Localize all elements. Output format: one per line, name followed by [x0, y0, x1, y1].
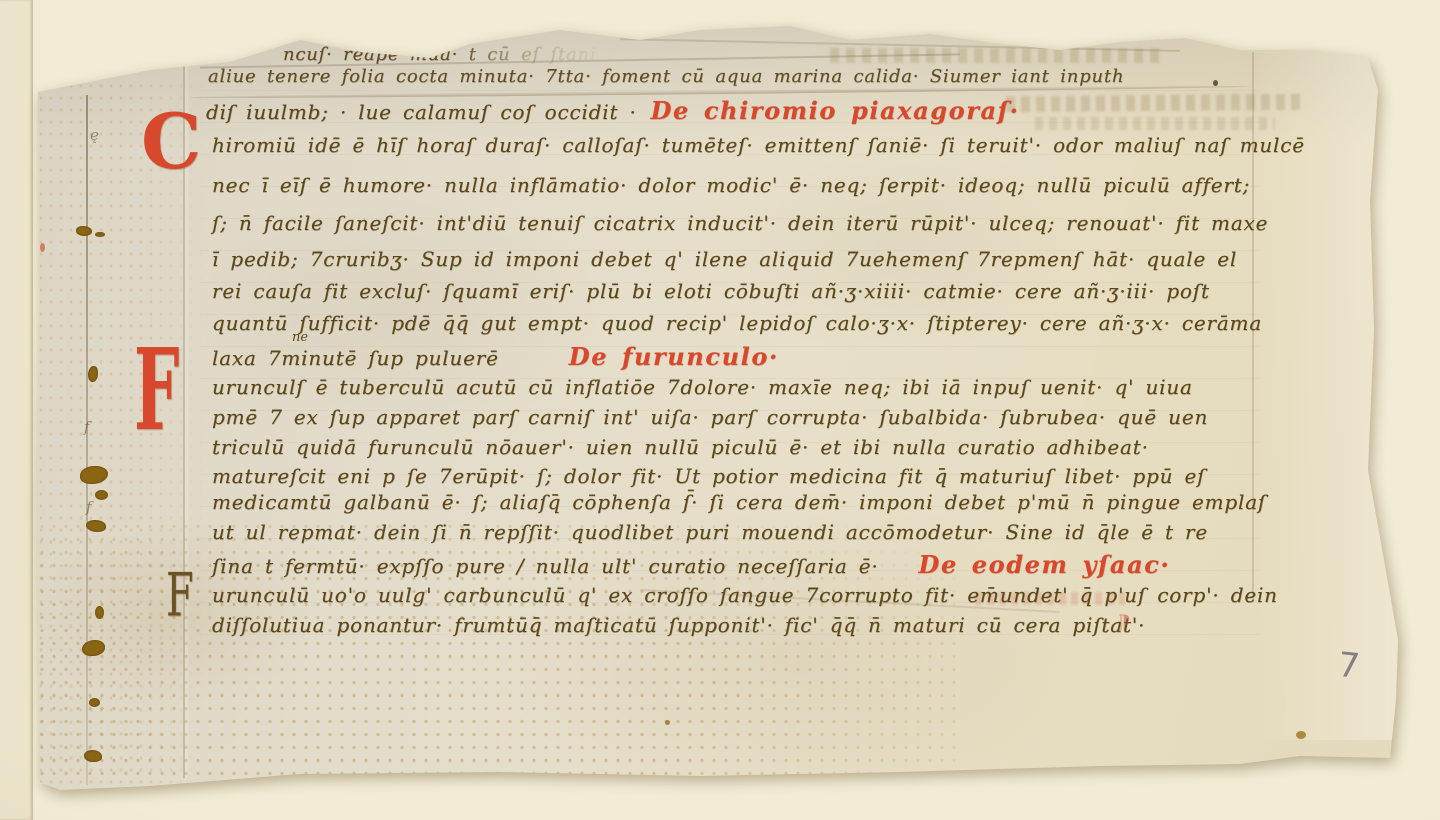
photo-vignette [0, 0, 1440, 820]
manuscript-photograph: ncuſ· reape mua· t cū eſ ſtani re taaliu… [0, 0, 1440, 820]
